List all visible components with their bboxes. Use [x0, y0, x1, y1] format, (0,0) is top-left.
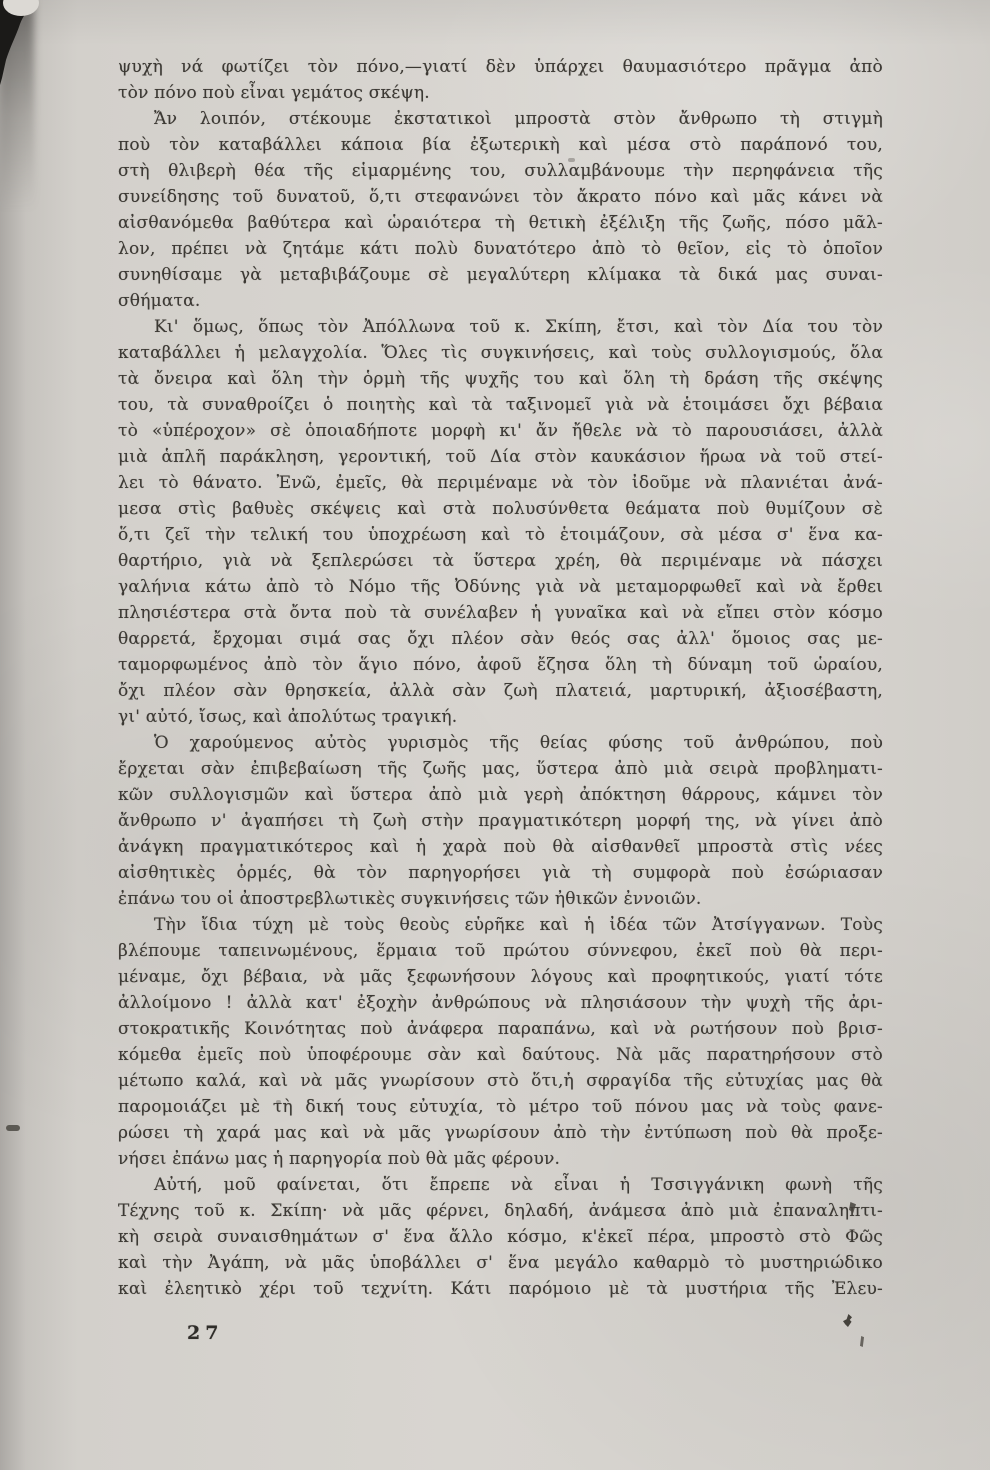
- text-line: σθήματα.: [118, 288, 883, 314]
- text-line: Τέχνης τοῦ κ. Σκίπη· νὰ μᾶς φέρνει, δηλα…: [118, 1198, 883, 1224]
- text-line: πλησιέστερα στὰ ὄντα ποὺ τὰ συνέλαβεν ἡ …: [118, 600, 883, 626]
- text-line: συνηθίσαμε γὰ μεταβιβάζουμε σὲ μεγαλύτερ…: [118, 262, 883, 288]
- text-line: καὶ ἐλεητικὸ χέρι τοῦ τεχνίτη. Κάτι παρό…: [118, 1276, 883, 1302]
- text-line: λον, πρέπει νὰ ζητάμε κάτι πολὺ δυνατότε…: [118, 236, 883, 262]
- text-line: ὅ,τι ζεῖ τὴν τελική του ὑποχρέωση καὶ τὸ…: [118, 522, 883, 548]
- paragraph: Ὁ χαρούμενος αὐτὸς γυρισμὸς τῆς θείας φύ…: [118, 730, 883, 912]
- text-line: Αὐτή, μοῦ φαίνεται, ὅτι ἔπρεπε νὰ εἶναι …: [118, 1172, 883, 1198]
- text-line: στοκρατικῆς Κοινότητας ποὺ ἀνάφερα παραπ…: [118, 1016, 883, 1042]
- page-text: ψυχὴ νά φωτίζει τὸν πόνο,—γιατί δὲν ὑπάρ…: [118, 54, 883, 1302]
- ink-speck: [860, 1336, 864, 1347]
- text-line: νήσει ἐπάνω μας ἡ παρηγορία ποὺ θὰ μᾶς φ…: [118, 1146, 883, 1172]
- ink-speck: [568, 158, 575, 162]
- text-line: μέναμε, ὄχι βέβαια, νὰ μᾶς ξεφωνήσουν λό…: [118, 964, 883, 990]
- paragraph: Αὐτή, μοῦ φαίνεται, ὅτι ἔπρεπε νὰ εἶναι …: [118, 1172, 883, 1302]
- text-line: τὰ ὄνειρα καὶ ὅλη τὴν ὁρμὴ τῆς ψυχῆς του…: [118, 366, 883, 392]
- text-line: ἔρχεται σὰν ἐπιβεβαίωση τῆς ζωῆς μας, ὕσ…: [118, 756, 883, 782]
- paragraph: ψυχὴ νά φωτίζει τὸν πόνο,—γιατί δὲν ὑπάρ…: [118, 54, 883, 106]
- text-line: καὶ τὴν Ἀγάπη, νὰ μᾶς ὑποβάλλει σ' ἕνα μ…: [118, 1250, 883, 1276]
- text-line: ἄνθρωπο ν' ἀγαπήσει τὴ ζωὴ στὴν πραγματι…: [118, 808, 883, 834]
- text-line: μεσα στὶς βαθυὲς σκέψεις καὶ στὰ πολυσύν…: [118, 496, 883, 522]
- text-line: Κι' ὅμως, ὅπως τὸν Ἀπόλλωνα τοῦ κ. Σκίπη…: [118, 314, 883, 340]
- text-line: Ἄν λοιπόν, στέκουμε ἐκστατικοὶ μπροστὰ σ…: [118, 106, 883, 132]
- ink-speck: [843, 1314, 852, 1327]
- text-line: γι' αὐτό, ἴσως, καὶ ἀπολύτως τραγική.: [118, 704, 883, 730]
- text-line: τὸν πόνο ποὺ εἶναι γεμάτος σκέψη.: [118, 80, 883, 106]
- ink-speck: [6, 1125, 20, 1131]
- text-line: μέτωπο καλά, καὶ νὰ μᾶς γνωρίσουν στὸ ὅτ…: [118, 1068, 883, 1094]
- text-line: ἀλλοίμονο ! ἀλλὰ κατ' ἐξοχὴν ἀνθρώπους ν…: [118, 990, 883, 1016]
- paragraph: Ἄν λοιπόν, στέκουμε ἐκστατικοὶ μπροστὰ σ…: [118, 106, 883, 314]
- text-line: λει τὸ θάνατο. Ἐνῶ, ἐμεῖς, θὰ περιμέναμε…: [118, 470, 883, 496]
- text-line: αἰσθανόμεθα βαθύτερα καὶ ὡραιότερα τὴ θε…: [118, 210, 883, 236]
- text-line: κὴ σειρὰ συναισθημάτων σ' ἕνα ἄλλο κόσμο…: [118, 1224, 883, 1250]
- text-line: αἰσθητικὲς ὁρμές, θὰ τὸν παρηγορήσει γιὰ…: [118, 860, 883, 886]
- text-line: γαλήνια κάτω ἀπὸ τὸ Νόμο τῆς Ὀδύνης γιὰ …: [118, 574, 883, 600]
- text-line: ἐπάνω του οἱ ἀποστρεβλωτικὲς συγκινήσεις…: [118, 886, 883, 912]
- text-line: μιὰ ἁπλῆ παράκληση, γεροντική, τοῦ Δία σ…: [118, 444, 883, 470]
- paragraph: Κι' ὅμως, ὅπως τὸν Ἀπόλλωνα τοῦ κ. Σκίπη…: [118, 314, 883, 730]
- text-line: κῶν συλλογισμῶν καὶ ὕστερα ἀπὸ μιὰ γερὴ …: [118, 782, 883, 808]
- text-line: ταμορφωμένος ἀπὸ τὸν ἅγιο πόνο, ἀφοῦ ἔζη…: [118, 652, 883, 678]
- torn-corner-artifact: [0, 0, 70, 130]
- text-line: ἀνάγκη πραγματικότερος καὶ ἡ χαρὰ ποὺ θὰ…: [118, 834, 883, 860]
- text-line: ρώσει τὴ χαρά μας καὶ νὰ μᾶς γνωρίσουν ἀ…: [118, 1120, 883, 1146]
- scanned-book-page: ψυχὴ νά φωτίζει τὸν πόνο,—γιατί δὲν ὑπάρ…: [0, 0, 990, 1470]
- paragraph: Τὴν ἴδια τύχη μὲ τοὺς θεοὺς εὑρῆκε καὶ ἡ…: [118, 912, 883, 1172]
- text-line: ψυχὴ νά φωτίζει τὸν πόνο,—γιατί δὲν ὑπάρ…: [118, 54, 883, 80]
- text-line: ὄχι πλέον σὰν θρησκεία, ἀλλὰ σὰν ζωὴ πλα…: [118, 678, 883, 704]
- text-line: κόμεθα ἐμεῖς ποὺ ὑποφέρουμε σὰν καὶ δαύτ…: [118, 1042, 883, 1068]
- text-line: παρομοιάζει μὲ τὴ δική τους εὐτυχία, τὸ …: [118, 1094, 883, 1120]
- text-line: βλέπουμε ταπεινωμένους, ἕρμαια τοῦ πρώτο…: [118, 938, 883, 964]
- text-line: Ὁ χαρούμενος αὐτὸς γυρισμὸς τῆς θείας φύ…: [118, 730, 883, 756]
- text-line: του, τὰ συναθροίζει ὁ ποιητὴς καὶ τὰ ταξ…: [118, 392, 883, 418]
- page-number: 27: [187, 1322, 223, 1344]
- text-line: θαρτήριο, γιὰ νὰ ξεπλερώσει τὰ ὕστερα χρ…: [118, 548, 883, 574]
- text-line: θαρρετά, ἔρχομαι σιμά σας ὄχι πλέον σὰν …: [118, 626, 883, 652]
- text-line: συνείδησης τοῦ δυνατοῦ, ὅ,τι στεφανώνει …: [118, 184, 883, 210]
- text-line: καταβάλλει ἡ μελαγχολία. Ὅλες τὶς συγκιν…: [118, 340, 883, 366]
- text-line: Τὴν ἴδια τύχη μὲ τοὺς θεοὺς εὑρῆκε καὶ ἡ…: [118, 912, 883, 938]
- text-line: ποὺ τὸν καταβάλλει κάποια βία ἐξωτερικὴ …: [118, 132, 883, 158]
- text-line: τὸ «ὑπέροχον» σὲ ὁποιαδήποτε μορφὴ κι' ἄ…: [118, 418, 883, 444]
- ink-speck: [276, 1100, 281, 1104]
- text-line: στὴ θλιβερὴ θέα τῆς εἱμαρμένης του, συλλ…: [118, 158, 883, 184]
